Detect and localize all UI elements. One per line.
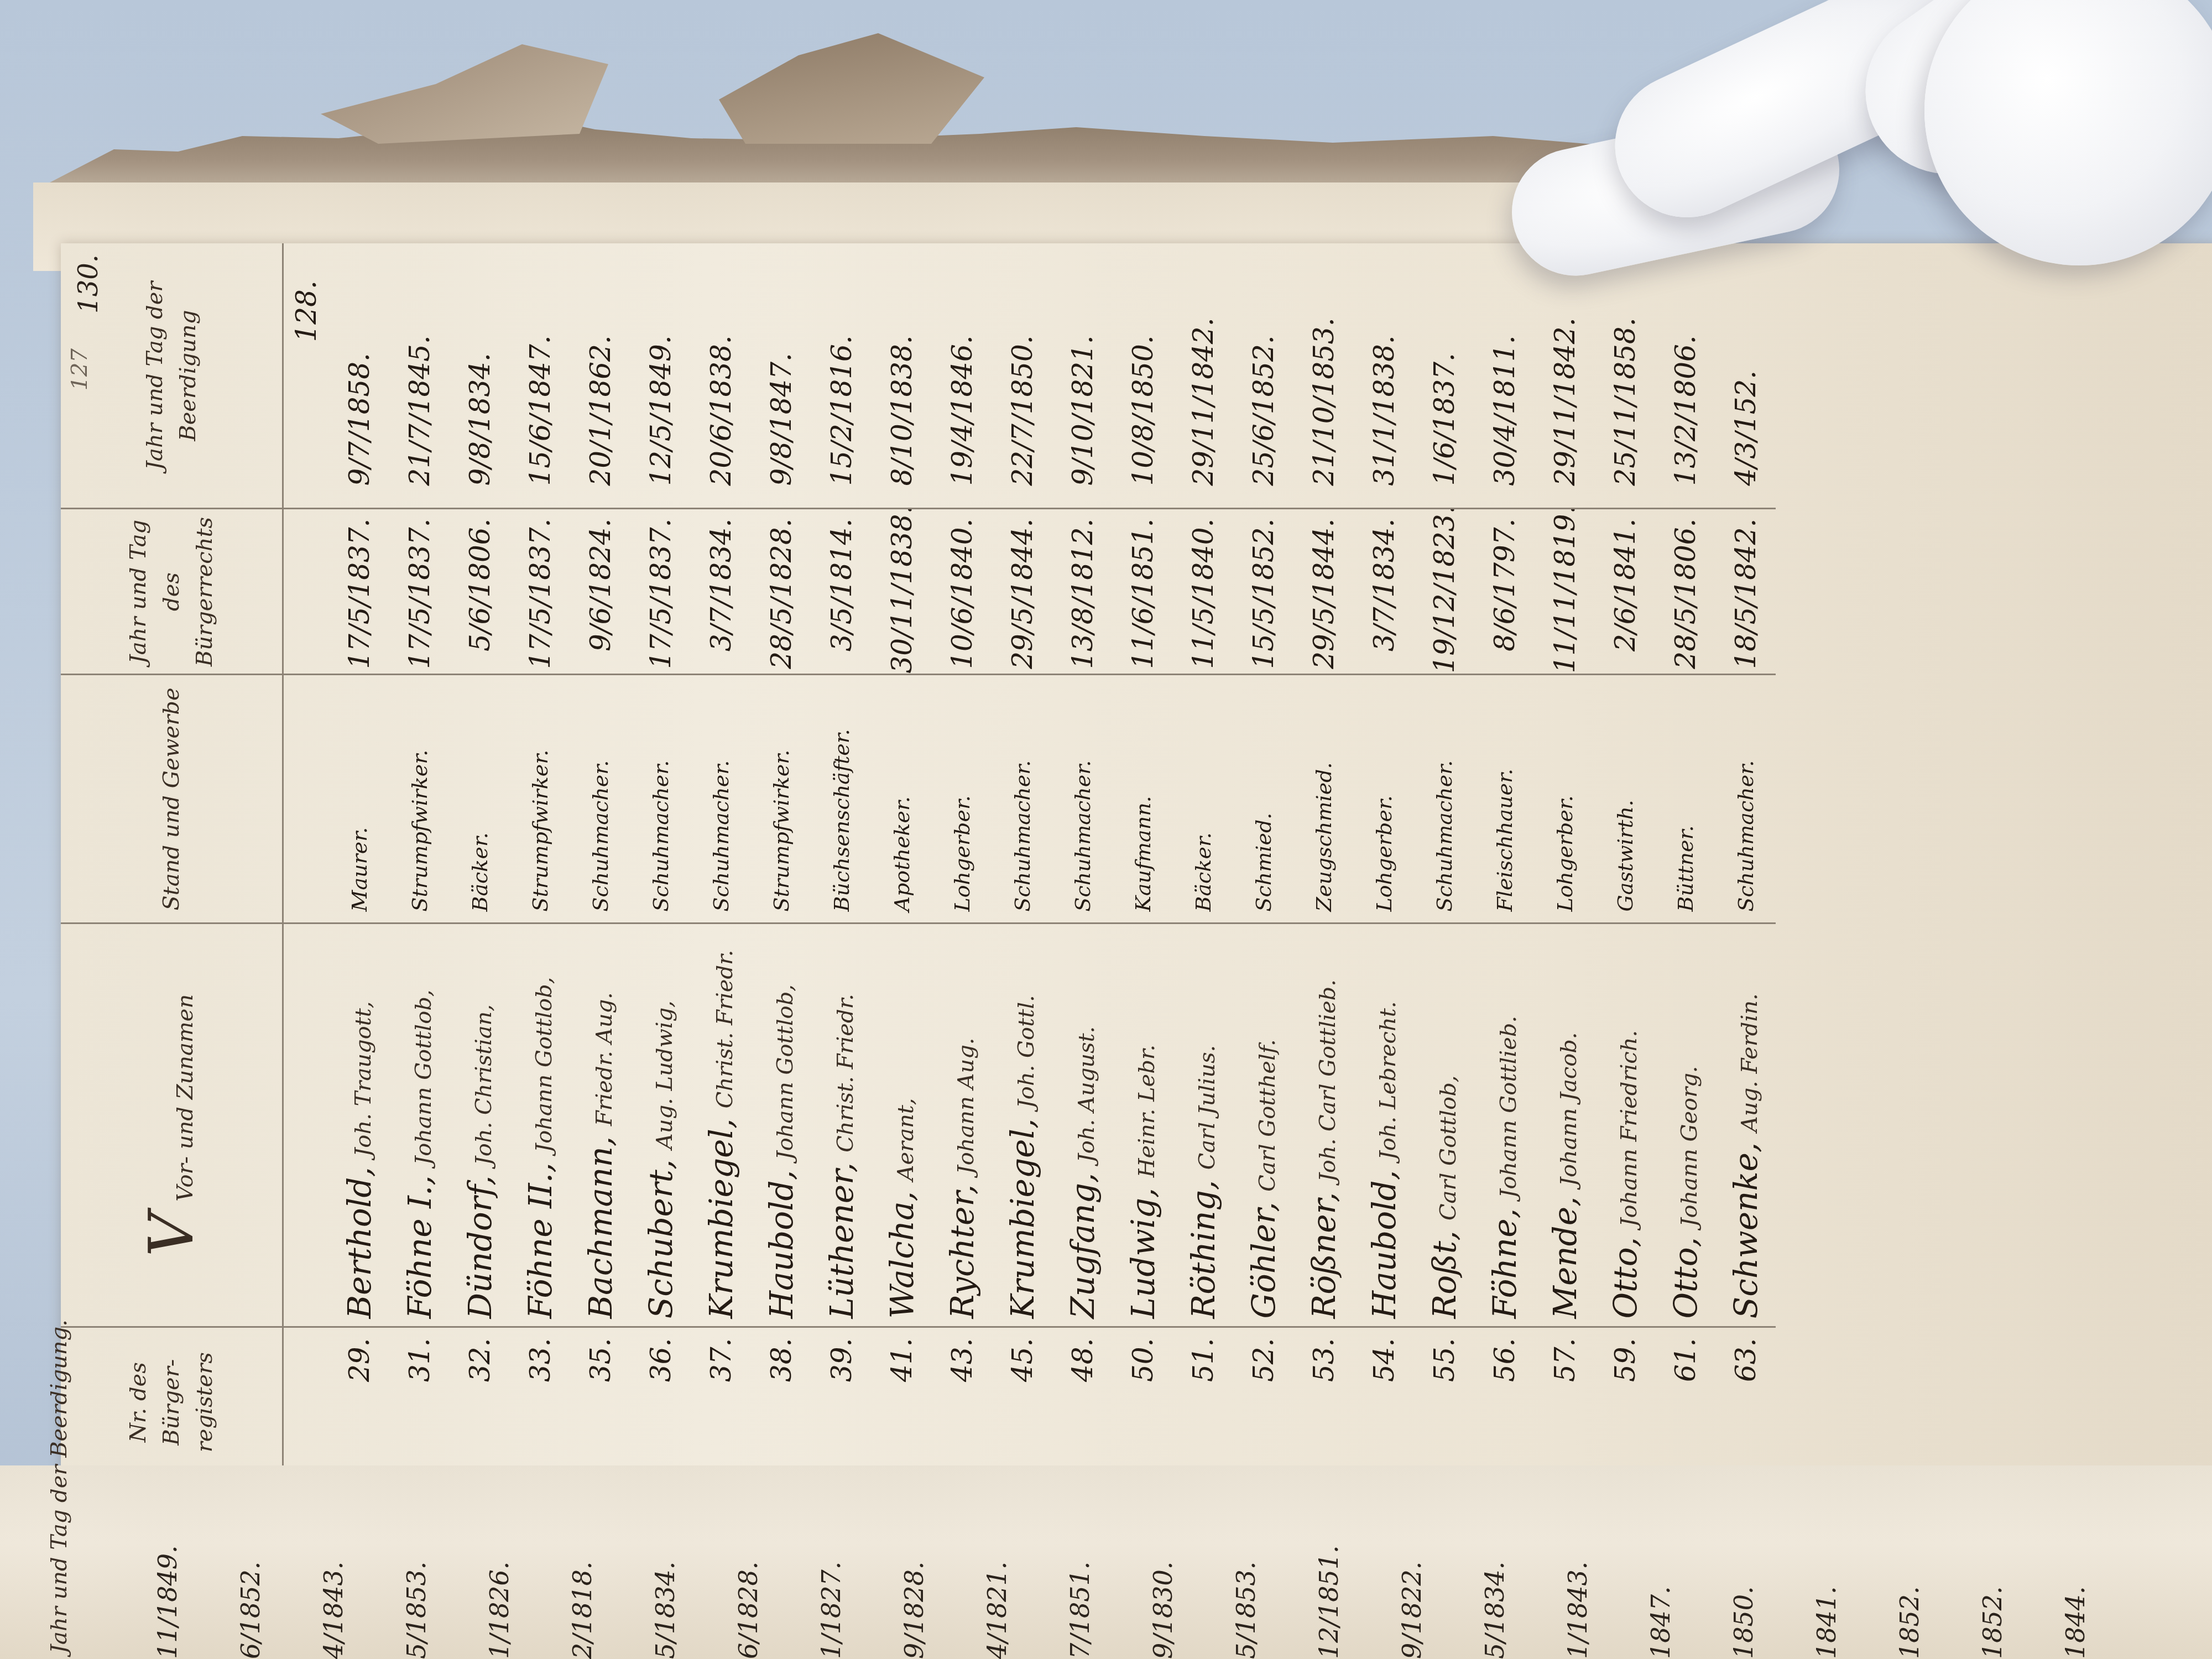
facing-page-date: 1844. [2074, 1537, 2157, 1659]
entry-occupation: Kaufmann. [1113, 675, 1173, 924]
register-row: 32.Dündorf, Joh. Christian,Bäcker.5/6/18… [450, 243, 510, 1477]
entry-number: 51. [1173, 1327, 1233, 1477]
entry-burial-date: 12/5/1849. [630, 243, 691, 509]
entry-number: 29. [329, 1327, 389, 1477]
given-names: Aug. Ferdin. [1737, 993, 1762, 1132]
given-names: Joh. Gottl. [1014, 995, 1039, 1108]
entry-name: Krumbiegel, Christ. Friedr. [691, 924, 751, 1327]
surname: Roßt, [1426, 1230, 1463, 1318]
entry-number: 39. [811, 1327, 872, 1477]
entry-burial-date: 9/7/1858. [329, 243, 389, 509]
given-names: Carl Julius. [1194, 1045, 1220, 1170]
entry-name: Röthing, Carl Julius. [1173, 924, 1233, 1327]
surname: Röthing, [1185, 1180, 1222, 1319]
carried-over-note: 128. [283, 243, 330, 509]
facing-page-date-text: 1/1827. [816, 1562, 846, 1659]
entry-burial-date: 9/10/1821. [1052, 243, 1113, 509]
entry-occupation: Strumpfwirker. [510, 675, 570, 924]
header-number: Nr. des Bürger-registers [61, 1327, 283, 1477]
entry-number: 33. [510, 1327, 570, 1477]
entry-name: Zugfang, Joh. August. [1052, 924, 1113, 1327]
surname: Ludwig, [1124, 1188, 1162, 1319]
entry-occupation: Schuhmacher. [630, 675, 691, 924]
given-names: Carl Gottlob, [1436, 1076, 1461, 1220]
entry-citizenship-date: 11/11/1819. [1535, 509, 1595, 675]
entry-citizenship-date: 11/5/1840. [1173, 509, 1233, 675]
facing-page-date-text: 5/1834. [650, 1562, 680, 1659]
given-names: Joh. Carl Gottlieb. [1315, 979, 1340, 1182]
header-row: Nr. des Bürger-registers VVor- und Zunam… [61, 243, 283, 1477]
given-names: Joh. Lebrecht. [1375, 1001, 1401, 1160]
given-names: Johann Gottlob, [531, 977, 557, 1152]
entry-citizenship-date: 29/5/1844. [1293, 509, 1354, 675]
given-names: Johann Aug. [953, 1037, 979, 1174]
entry-burial-date: 22/7/1850. [992, 243, 1052, 509]
entry-number: 59. [1595, 1327, 1655, 1477]
given-names: Johann Gottlob, [773, 984, 798, 1160]
surname: Otto, [1667, 1237, 1704, 1319]
entry-burial-date: 21/10/1853. [1293, 243, 1354, 509]
entry-citizenship-date: 17/5/1837. [630, 509, 691, 675]
white-glove-hand [1493, 0, 2212, 265]
burial-register-table: Nr. des Bürger-registers VVor- und Zunam… [61, 243, 1776, 1477]
entry-occupation: Schuhmacher. [570, 675, 630, 924]
surname: Schwenke, [1727, 1142, 1765, 1319]
entry-number: 52. [1233, 1327, 1293, 1477]
entry-number: 37. [691, 1327, 751, 1477]
entry-occupation: Lohgerber. [932, 675, 992, 924]
surname: Walcha, [883, 1191, 921, 1319]
entry-burial-date: 15/2/1816. [811, 243, 872, 509]
register-row: 45.Krumbiegel, Joh. Gottl.Schuhmacher.29… [992, 243, 1052, 1477]
facing-page-date-text: 4/1821. [982, 1562, 1012, 1659]
entry-citizenship-date: 3/5/1814. [811, 509, 872, 675]
entry-burial-date: 29/11/1842. [1173, 243, 1233, 509]
entry-citizenship-date: 3/7/1834. [691, 509, 751, 675]
entry-occupation: Bäcker. [1173, 675, 1233, 924]
entry-number: 43. [932, 1327, 992, 1477]
surname: Haubold, [1365, 1170, 1403, 1319]
entry-name: Rößner, Joh. Carl Gottlieb. [1293, 924, 1354, 1327]
surname: Göhler, [1245, 1202, 1282, 1318]
register-row: 55.Roßt, Carl Gottlob,Schuhmacher.19/12/… [1414, 243, 1474, 1477]
facing-page-date-text: 6/1828. [733, 1562, 763, 1659]
given-names: Joh. Christian, [471, 1004, 497, 1165]
entry-citizenship-date: 8/6/1797. [1474, 509, 1535, 675]
entry-name: Krumbiegel, Joh. Gottl. [992, 924, 1052, 1327]
entry-burial-date: 21/7/1845. [389, 243, 450, 509]
glove-palm [1924, 0, 2212, 265]
facing-page-dates: 11/1849.6/1852.4/1843.5/1853.1/1826.2/18… [166, 1537, 2157, 1659]
header-burial-date: 127 130. Jahr und Tag der Beerdigung [61, 243, 283, 509]
facing-page-date-text: 1/1826. [484, 1562, 514, 1659]
entry-burial-date: 13/2/1806. [1655, 243, 1715, 509]
entry-burial-date: 30/4/1811. [1474, 243, 1535, 509]
register-row: 43.Rychter, Johann Aug.Lohgerber.10/6/18… [932, 243, 992, 1477]
header-citizenship-date: Jahr und Tag des Bürgerrechts [61, 509, 283, 675]
facing-page-date-text: 5/1853. [1231, 1562, 1261, 1659]
given-names: Joh. Traugott, [351, 1001, 376, 1156]
entry-citizenship-date: 10/6/1840. [932, 509, 992, 675]
facing-page-date-text: 5/1853. [401, 1562, 431, 1659]
entry-occupation: Schuhmacher. [1052, 675, 1113, 924]
entry-citizenship-date: 28/5/1828. [751, 509, 811, 675]
entry-occupation: Apotheker. [872, 675, 932, 924]
entry-name: Dündorf, Joh. Christian, [450, 924, 510, 1327]
facing-page-date-text: 9/1830. [1148, 1562, 1178, 1659]
entry-number: 56. [1474, 1327, 1535, 1477]
entry-name: Ludwig, Heinr. Lebr. [1113, 924, 1173, 1327]
register-row: 61.Otto, Johann Georg.Büttner.28/5/1806.… [1655, 243, 1715, 1477]
surname: Rychter, [943, 1185, 981, 1319]
entry-number: 61. [1655, 1327, 1715, 1477]
entry-name: Walcha, Aerant, [872, 924, 932, 1327]
register-row: 31.Föhne I., Johann Gottlob,Strumpfwirke… [389, 243, 450, 1477]
entry-occupation: Lohgerber. [1535, 675, 1595, 924]
surname: Lüthener, [823, 1162, 860, 1318]
entry-occupation: Strumpfwirker. [751, 675, 811, 924]
entry-number: 35. [570, 1327, 630, 1477]
facing-page-header: Jahr und Tag der Beerdigung. [17, 1504, 149, 1653]
entry-burial-date: 1/6/1837. [1414, 243, 1474, 509]
register-row: 59.Otto, Johann Friedrich.Gastwirth.2/6/… [1595, 243, 1655, 1477]
register-row: 63.Schwenke, Aug. Ferdin.Schuhmacher.18/… [1715, 243, 1776, 1477]
given-names: Friedr. Aug. [592, 992, 617, 1126]
spacer-row: 128. [283, 243, 330, 1477]
entry-citizenship-date: 30/11/1838. [872, 509, 932, 675]
facing-page-date-text: 1844. [2060, 1586, 2090, 1659]
entry-name: Göhler, Carl Gotthelf. [1233, 924, 1293, 1327]
surname: Krumbiegel, [1004, 1119, 1041, 1319]
entry-name: Bachmann, Friedr. Aug. [570, 924, 630, 1327]
entry-number: 50. [1113, 1327, 1173, 1477]
entry-burial-date: 9/8/1847. [751, 243, 811, 509]
given-names: Aerant, [893, 1098, 919, 1181]
entry-occupation: Schuhmacher. [1715, 675, 1776, 924]
entry-citizenship-date: 29/5/1844. [992, 509, 1052, 675]
register-row: 36.Schubert, Aug. Ludwig,Schuhmacher.17/… [630, 243, 691, 1477]
facing-page-date-text: 9/1822. [1397, 1562, 1427, 1659]
entry-name: Haubold, Joh. Lebrecht. [1354, 924, 1414, 1327]
surname: Föhne II., [521, 1162, 559, 1318]
entry-number: 31. [389, 1327, 450, 1477]
entry-number: 48. [1052, 1327, 1113, 1477]
surname: Haubold, [763, 1170, 800, 1319]
entry-occupation: Schuhmacher. [992, 675, 1052, 924]
entry-number: 63. [1715, 1327, 1776, 1477]
entry-burial-date: 9/8/1834. [450, 243, 510, 509]
surname: Zugfang, [1064, 1173, 1102, 1319]
register-row: 35.Bachmann, Friedr. Aug.Schuhmacher.9/6… [570, 243, 630, 1477]
entry-name: Föhne II., Johann Gottlob, [510, 924, 570, 1327]
entry-number: 36. [630, 1327, 691, 1477]
entry-occupation: Büchsenschäfter. [811, 675, 872, 924]
facing-page-date-text: 1847. [1646, 1586, 1676, 1659]
entry-citizenship-date: 13/8/1812. [1052, 509, 1113, 675]
facing-page-date-text: 1852. [1895, 1586, 1924, 1659]
facing-page-date-text: 9/1828. [899, 1562, 929, 1659]
page-number: 130. [69, 254, 108, 314]
register-row: 38.Haubold, Johann Gottlob,Strumpfwirker… [751, 243, 811, 1477]
given-names: Johann Friedrich. [1616, 1030, 1642, 1227]
facing-page-date-text: 5/1834. [1480, 1562, 1510, 1659]
facing-page-date-text: 1852. [1978, 1586, 2007, 1659]
register-row: 41.Walcha, Aerant,Apotheker.30/11/1838.8… [872, 243, 932, 1477]
entry-occupation: Zeugschmied. [1293, 675, 1354, 924]
register-row: 33.Föhne II., Johann Gottlob,Strumpfwirk… [510, 243, 570, 1477]
register-row: 51.Röthing, Carl Julius.Bäcker.11/5/1840… [1173, 243, 1233, 1477]
facing-page-date-text: 1/1843. [1563, 1562, 1593, 1659]
entry-occupation: Lohgerber. [1354, 675, 1414, 924]
entry-name: Lüthener, Christ. Friedr. [811, 924, 872, 1327]
register-row: 57.Mende, Johann Jacob.Lohgerber.11/11/1… [1535, 243, 1595, 1477]
surname: Krumbiegel, [702, 1119, 740, 1319]
entry-name: Mende, Johann Jacob. [1535, 924, 1595, 1327]
entry-occupation: Gastwirth. [1595, 675, 1655, 924]
entry-citizenship-date: 3/7/1834. [1354, 509, 1414, 675]
entry-name: Föhne I., Johann Gottlob, [389, 924, 450, 1327]
entry-burial-date: 15/6/1847. [510, 243, 570, 509]
given-names: Christ. Friedr. [833, 994, 858, 1152]
entry-number: 53. [1293, 1327, 1354, 1477]
entry-occupation: Büttner. [1655, 675, 1715, 924]
entry-burial-date: 20/1/1862. [570, 243, 630, 509]
entry-name: Berthold, Joh. Traugott, [329, 924, 389, 1327]
entry-citizenship-date: 17/5/1837. [510, 509, 570, 675]
surname: Otto, [1606, 1237, 1644, 1319]
entry-occupation: Fleischhauer. [1474, 675, 1535, 924]
given-names: Aug. Ludwig, [652, 1000, 677, 1149]
register-row: 50.Ludwig, Heinr. Lebr.Kaufmann.11/6/185… [1113, 243, 1173, 1477]
entry-burial-date: 4/3/152. [1715, 243, 1776, 509]
surname: Föhne, [1486, 1208, 1524, 1318]
entry-citizenship-date: 11/6/1851. [1113, 509, 1173, 675]
header-name: VVor- und Zunamen [61, 924, 283, 1327]
entry-occupation: Bäcker. [450, 675, 510, 924]
entry-number: 41. [872, 1327, 932, 1477]
facing-page-date-text: 7/1851. [1065, 1562, 1095, 1659]
entry-citizenship-date: 19/12/1823. [1414, 509, 1474, 675]
facing-page-date-text: 6/1852. [236, 1562, 265, 1659]
entry-burial-date: 25/11/1858. [1595, 243, 1655, 509]
register-row: 53.Rößner, Joh. Carl Gottlieb.Zeugschmie… [1293, 243, 1354, 1477]
entry-citizenship-date: 15/5/1852. [1233, 509, 1293, 675]
entry-occupation: Schmied. [1233, 675, 1293, 924]
surname: Föhne I., [401, 1175, 439, 1318]
entry-number: 45. [992, 1327, 1052, 1477]
header-occupation: Stand und Gewerbe [61, 675, 283, 924]
entry-name: Otto, Johann Friedrich. [1595, 924, 1655, 1327]
rotated-register-table: Nr. des Bürger-registers VVor- und Zunam… [61, 243, 2162, 1477]
facing-page-date-text: 1850. [1729, 1586, 1759, 1659]
entry-name: Otto, Johann Georg. [1655, 924, 1715, 1327]
entry-burial-date: 31/1/1838. [1354, 243, 1414, 509]
surname: Schubert, [642, 1160, 680, 1319]
previous-page-number: 127 [63, 348, 96, 390]
entry-citizenship-date: 17/5/1837. [389, 509, 450, 675]
entry-occupation: Schuhmacher. [1414, 675, 1474, 924]
given-names: Carl Gotthelf. [1255, 1039, 1280, 1192]
given-names: Johann Jacob. [1556, 1032, 1582, 1186]
given-names: Heinr. Lebr. [1134, 1045, 1160, 1178]
entry-burial-date: 10/8/1850. [1113, 243, 1173, 509]
entry-occupation: Schuhmacher. [691, 675, 751, 924]
entry-number: 38. [751, 1327, 811, 1477]
given-names: Christ. Friedr. [712, 950, 738, 1109]
given-names: Johann Georg. [1677, 1066, 1702, 1227]
header-name-label: Vor- und Zunamen [173, 994, 198, 1202]
entry-occupation: Maurer. [329, 675, 389, 924]
entry-occupation: Strumpfwirker. [389, 675, 450, 924]
entry-number: 57. [1535, 1327, 1595, 1477]
facing-page-date-text: 11/1849. [153, 1545, 182, 1659]
entry-burial-date: 20/6/1838. [691, 243, 751, 509]
entry-citizenship-date: 28/5/1806. [1655, 509, 1715, 675]
surname: Mende, [1546, 1197, 1584, 1319]
facing-page-date-text: 2/1818. [567, 1562, 597, 1659]
surname: Bachmann, [582, 1136, 619, 1319]
decorative-initial: V [136, 1213, 207, 1256]
entry-number: 55. [1414, 1327, 1474, 1477]
entry-burial-date: 19/4/1846. [932, 243, 992, 509]
facing-page-header-label: Jahr und Tag der Beerdigung. [46, 1319, 72, 1653]
facing-page-date-text: 1841. [1812, 1586, 1841, 1659]
entry-name: Haubold, Johann Gottlob, [751, 924, 811, 1327]
entry-name: Roßt, Carl Gottlob, [1414, 924, 1474, 1327]
entry-citizenship-date: 2/6/1841. [1595, 509, 1655, 675]
entry-name: Schwenke, Aug. Ferdin. [1715, 924, 1776, 1327]
surname: Berthold, [341, 1167, 378, 1318]
entry-name: Rychter, Johann Aug. [932, 924, 992, 1327]
entry-citizenship-date: 17/5/1837. [329, 509, 389, 675]
given-names: Johann Gottlob, [411, 989, 436, 1165]
register-row: 52.Göhler, Carl Gotthelf.Schmied.15/5/18… [1233, 243, 1293, 1477]
entry-number: 54. [1354, 1327, 1414, 1477]
surname: Rößner, [1305, 1192, 1343, 1319]
entry-burial-date: 25/6/1852. [1233, 243, 1293, 509]
register-row: 48.Zugfang, Joh. August.Schuhmacher.13/8… [1052, 243, 1113, 1477]
entry-citizenship-date: 9/6/1824. [570, 509, 630, 675]
entry-burial-date: 29/11/1842. [1535, 243, 1595, 509]
facing-page-date-text: 12/1851. [1314, 1545, 1344, 1659]
entry-name: Föhne, Johann Gottlieb. [1474, 924, 1535, 1327]
register-page: Nr. des Bürger-registers VVor- und Zunam… [61, 243, 2212, 1477]
facing-page-date-text: 4/1843. [319, 1562, 348, 1659]
given-names: Joh. August. [1074, 1026, 1099, 1163]
register-row: 37.Krumbiegel, Christ. Friedr.Schuhmache… [691, 243, 751, 1477]
entry-citizenship-date: 5/6/1806. [450, 509, 510, 675]
entry-burial-date: 8/10/1838. [872, 243, 932, 509]
given-names: Johann Gottlieb. [1496, 1016, 1521, 1198]
entry-number: 32. [450, 1327, 510, 1477]
header-burial-label: Jahr und Tag der Beerdigung [142, 281, 201, 470]
surname: Dündorf, [461, 1176, 499, 1319]
register-row: 39.Lüthener, Christ. Friedr.Büchsenschäf… [811, 243, 872, 1477]
register-row: 29.Berthold, Joh. Traugott,Maurer.17/5/1… [329, 243, 389, 1477]
register-row: 54.Haubold, Joh. Lebrecht.Lohgerber.3/7/… [1354, 243, 1414, 1477]
register-row: 56.Föhne, Johann Gottlieb.Fleischhauer.8… [1474, 243, 1535, 1477]
entry-citizenship-date: 18/5/1842. [1715, 509, 1776, 675]
entry-name: Schubert, Aug. Ludwig, [630, 924, 691, 1327]
